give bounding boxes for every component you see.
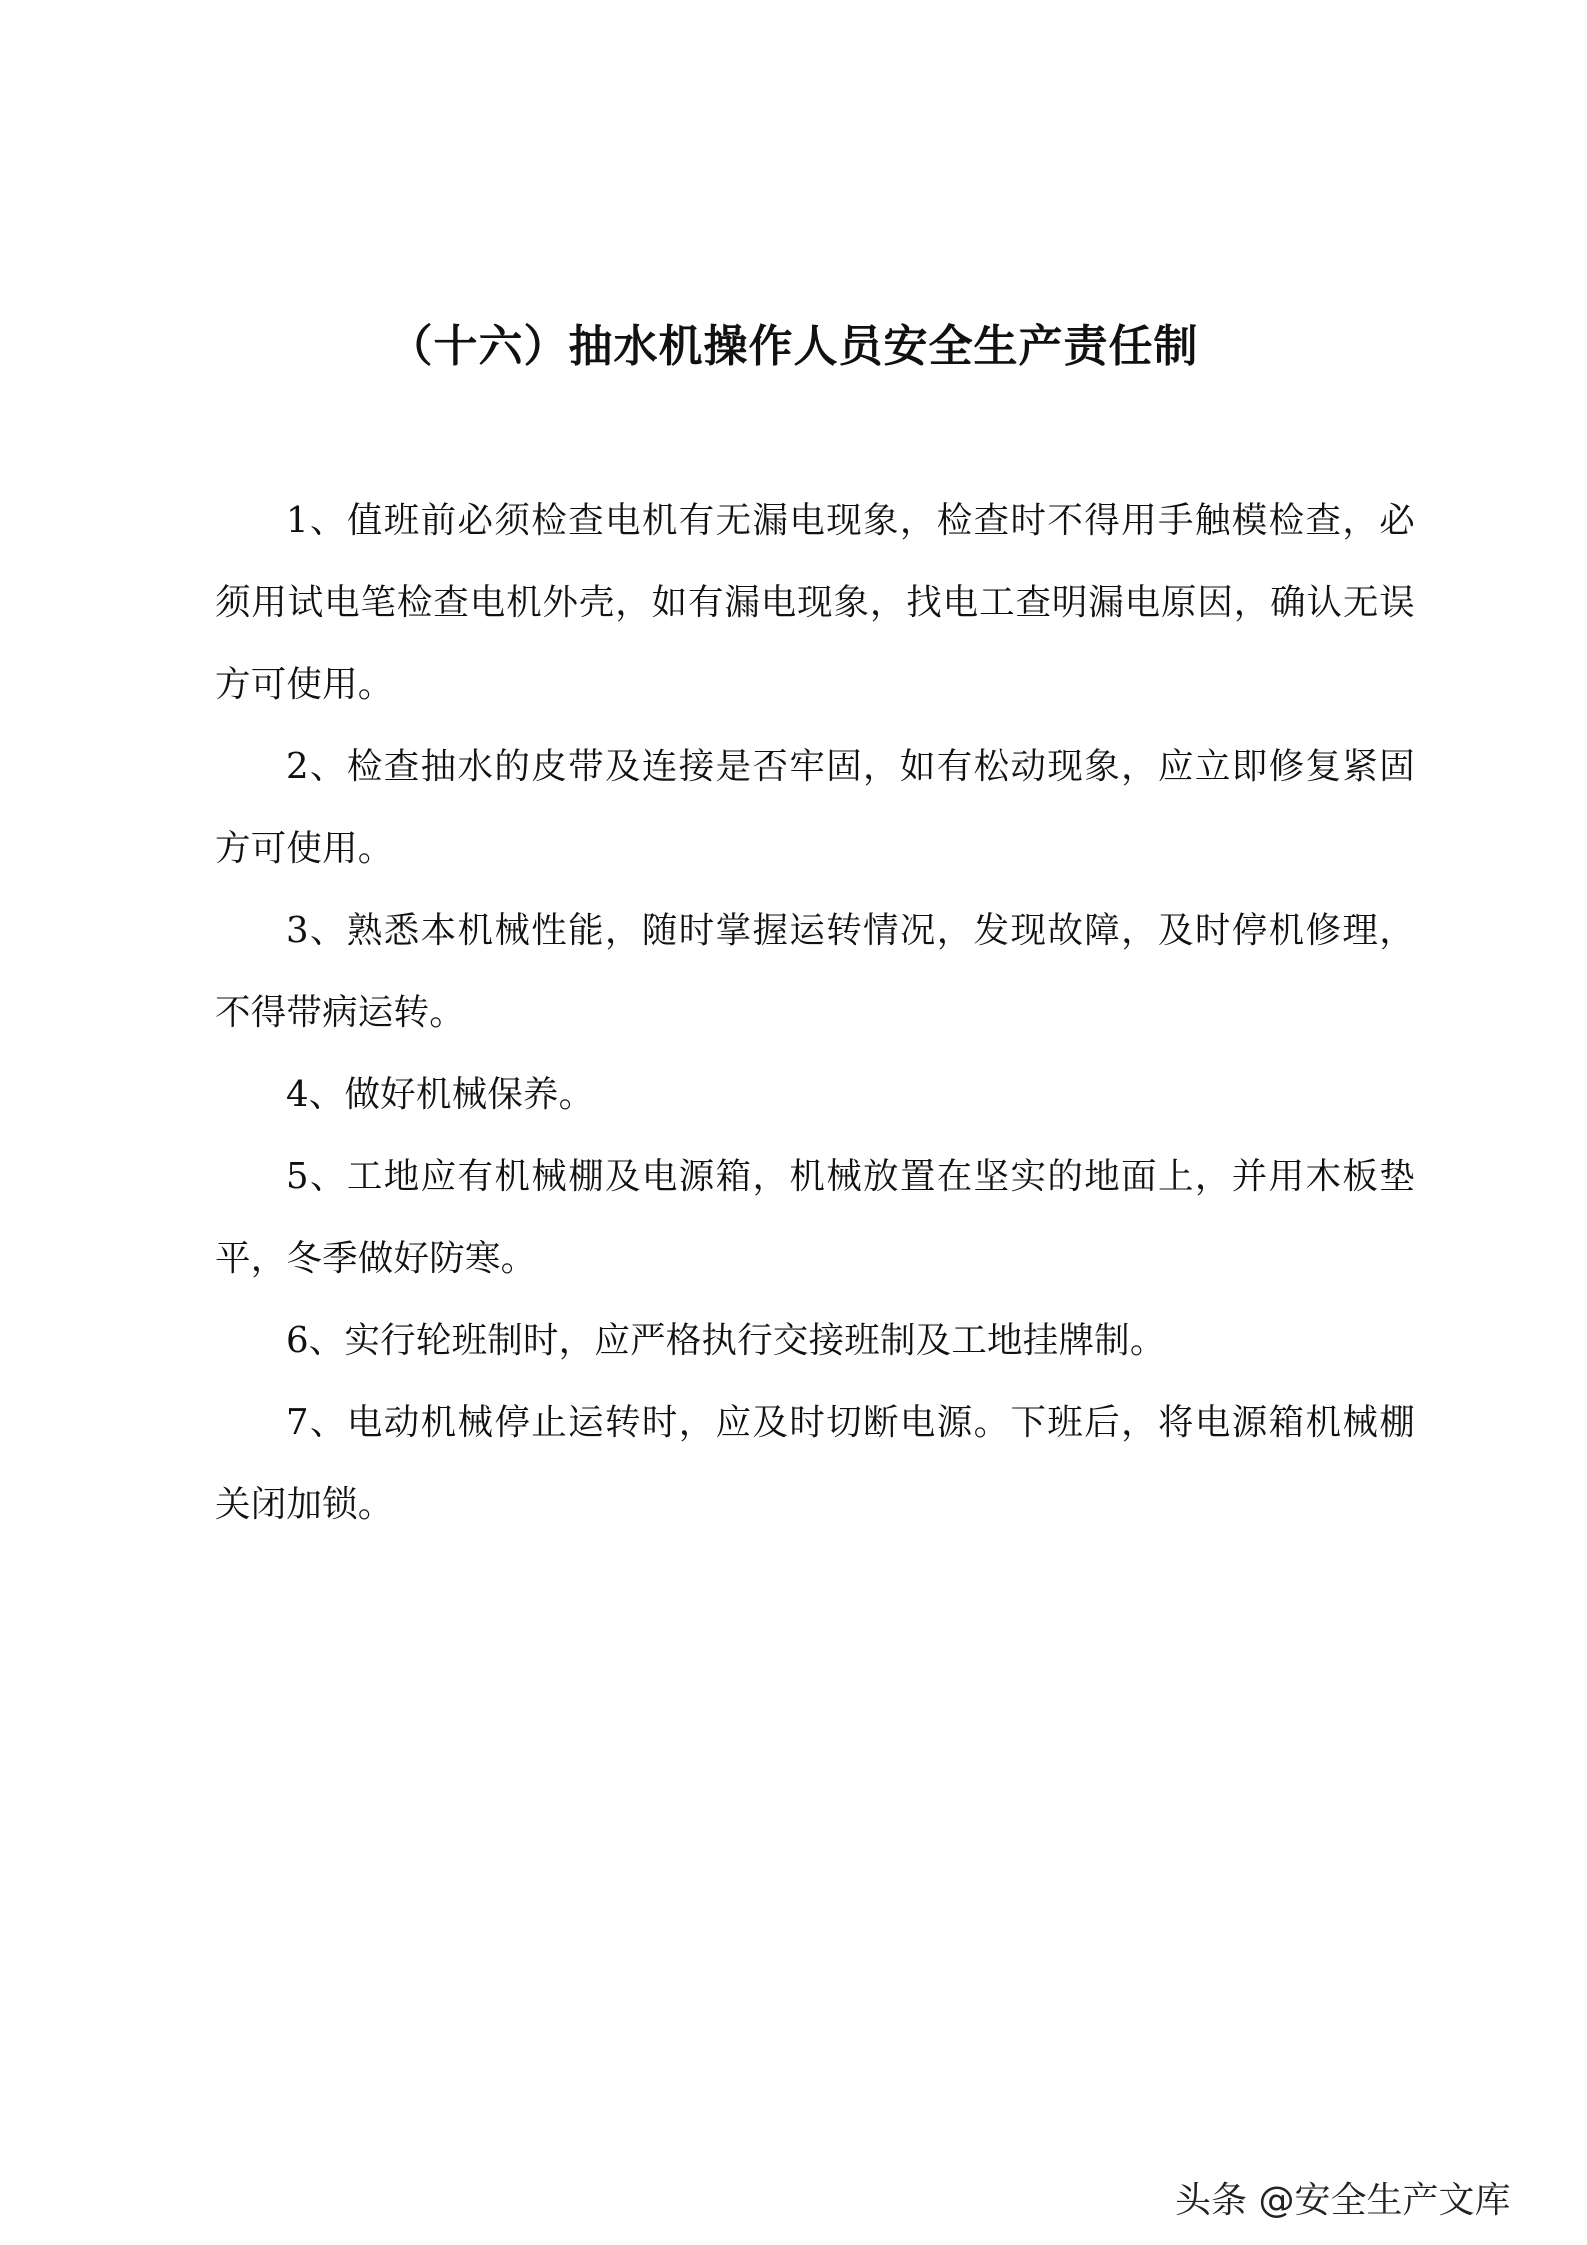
watermark: 头条 @安全生产文库 [1175,2172,1510,2223]
paragraph-3: 3、熟悉本机械性能，随时掌握运转情况，发现故障，及时停机修理，不得带病运转。 [215,890,1415,1054]
document-body: 1、值班前必须检查电机有无漏电现象，检查时不得用手触模检查，必须用试电笔检查电机… [215,480,1415,1546]
paragraph-1: 1、值班前必须检查电机有无漏电现象，检查时不得用手触模检查，必须用试电笔检查电机… [215,480,1415,726]
document-title: （十六）抽水机操作人员安全生产责任制 [0,310,1587,374]
paragraph-4: 4、做好机械保养。 [215,1054,1415,1136]
paragraph-5: 5、工地应有机械棚及电源箱，机械放置在坚实的地面上，并用木板垫平，冬季做好防寒。 [215,1136,1415,1300]
paragraph-7: 7、电动机械停止运转时，应及时切断电源。下班后，将电源箱机械棚关闭加锁。 [215,1382,1415,1546]
paragraph-2: 2、检查抽水的皮带及连接是否牢固，如有松动现象，应立即修复紧固方可使用。 [215,726,1415,890]
paragraph-6: 6、实行轮班制时，应严格执行交接班制及工地挂牌制。 [215,1300,1415,1382]
